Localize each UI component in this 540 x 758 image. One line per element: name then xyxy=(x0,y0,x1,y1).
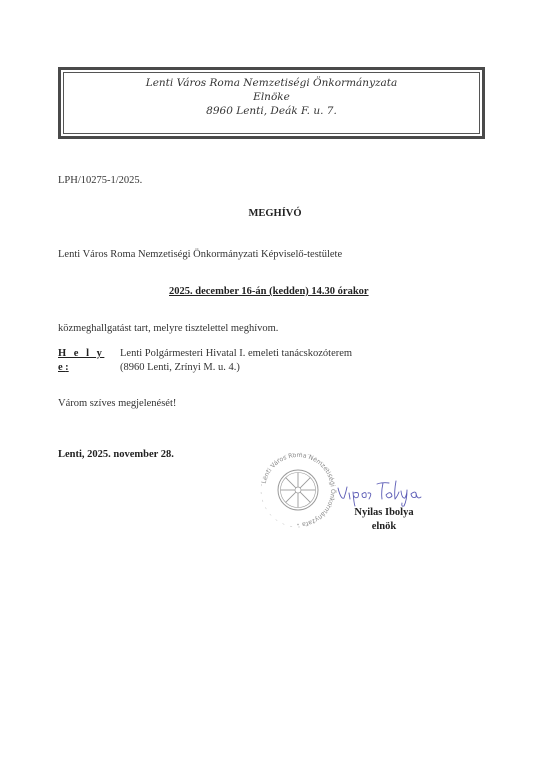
location-block: H e l y e: Lenti Polgármesteri Hivatal I… xyxy=(58,347,352,375)
location-text: Lenti Polgármesteri Hivatal I. emeleti t… xyxy=(120,347,352,375)
svg-text:*: * xyxy=(297,524,300,529)
handwritten-signature xyxy=(335,478,445,508)
location-venue: Lenti Polgármesteri Hivatal I. emeleti t… xyxy=(120,347,352,361)
location-label: H e l y e: xyxy=(58,347,120,375)
location-address: (8960 Lenti, Zrínyi M. u. 4.) xyxy=(120,361,352,375)
reference-number: LPH/10275-1/2025. xyxy=(58,174,142,187)
wheel-icon xyxy=(278,470,318,510)
meeting-datetime: 2025. december 16-án (kedden) 14.30 órak… xyxy=(169,285,369,298)
closing-text: Várom szíves megjelenését! xyxy=(58,397,176,410)
letterhead-frame: Lenti Város Roma Nemzetiségi Önkormányza… xyxy=(58,67,485,139)
letterhead-address: 8960 Lenti, Deák F. u. 7. xyxy=(64,104,479,118)
announcement-text: közmeghallgatást tart, melyre tisztelett… xyxy=(58,322,278,335)
document-title: MEGHÍVÓ xyxy=(5,207,540,220)
letterhead: Lenti Város Roma Nemzetiségi Önkormányza… xyxy=(63,72,480,134)
official-stamp: Lenti Város Roma Nemzetiségi Önkormányza… xyxy=(258,450,338,530)
addressee: Lenti Város Roma Nemzetiségi Önkormányza… xyxy=(58,248,342,261)
svg-text:Lenti Város Roma Nemzetiségi Ö: Lenti Város Roma Nemzetiségi Önkormányza… xyxy=(261,452,338,528)
signer-name: Nyilas Ibolya xyxy=(344,506,424,520)
place-date: Lenti, 2025. november 28. xyxy=(58,448,174,461)
letterhead-organization: Lenti Város Roma Nemzetiségi Önkormányza… xyxy=(64,76,479,90)
signer-role: elnök xyxy=(344,520,424,534)
letterhead-title: Elnöke xyxy=(64,90,479,104)
signer-block: Nyilas Ibolya elnök xyxy=(344,506,424,534)
